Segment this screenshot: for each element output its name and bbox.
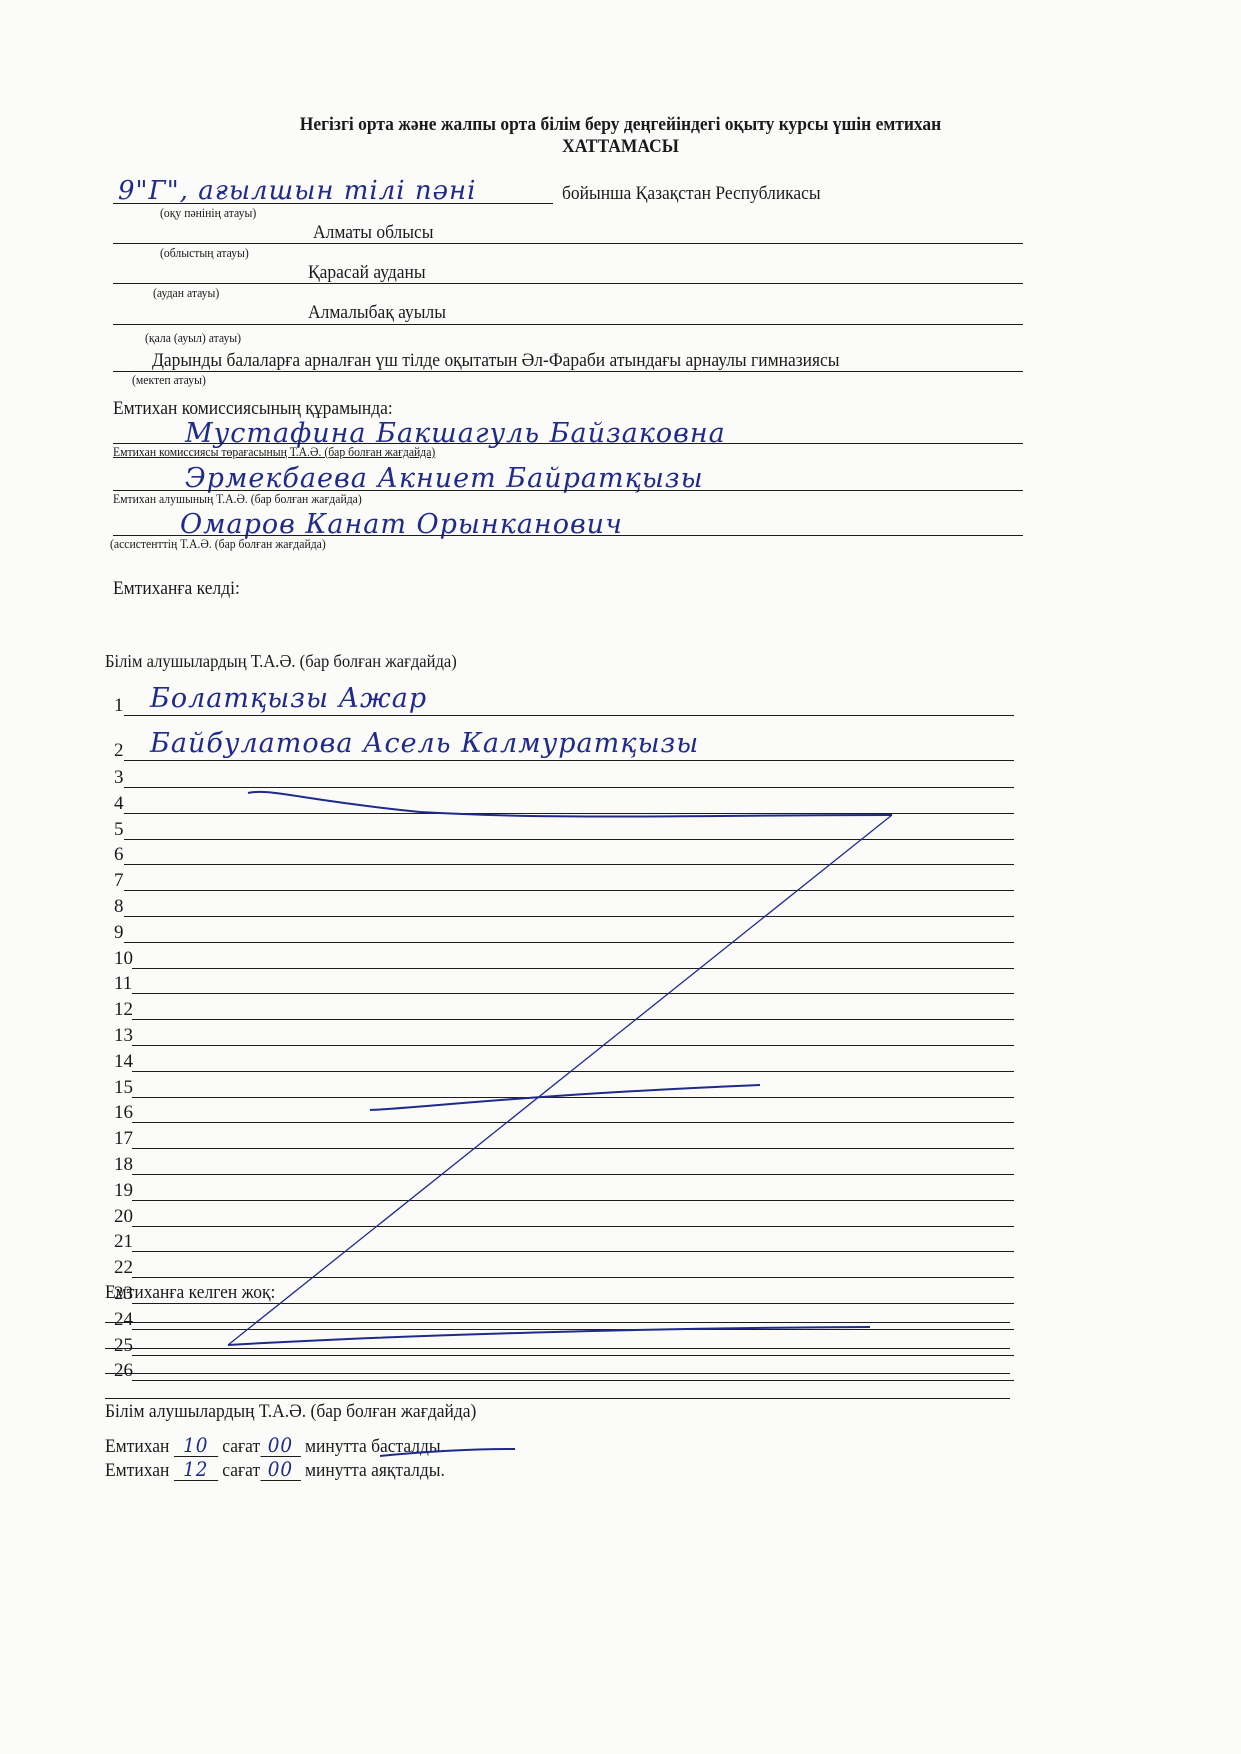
row-line [132, 1200, 1014, 1201]
row-number: 3 [114, 768, 124, 788]
region-line [113, 243, 1023, 244]
school-value[interactable]: Дарынды балаларға арналған үш тілде оқыт… [152, 350, 840, 372]
start-suffix: минутта басталды. [305, 1436, 445, 1457]
row-number: 7 [114, 871, 124, 891]
school-caption: (мектеп атауы) [132, 372, 206, 387]
district-caption: (аудан атауы) [153, 285, 219, 300]
row-line [132, 1019, 1014, 1020]
commission-heading: Емтихан комиссиясының құрамында: [113, 398, 393, 420]
row-number: 15 [114, 1078, 133, 1098]
subject-caption: (оқу пәнінің атауы) [160, 205, 256, 220]
row-number: 6 [114, 845, 124, 865]
start-time-row: Емтихан 10 сағат00 минутта басталды. [105, 1434, 445, 1458]
start-mid: сағат [222, 1436, 260, 1457]
subject-suffix: бойынша Қазақстан Республикасы [562, 183, 821, 205]
row-line [132, 1226, 1014, 1227]
assistant-caption: (ассистенттің Т.А.Ә. (бар болған жағдайд… [110, 536, 326, 551]
row-number: 2 [114, 741, 124, 761]
row-number: 12 [114, 1000, 133, 1020]
row-number: 21 [114, 1232, 133, 1252]
document-title-protocol: ХАТТАМАСЫ [50, 136, 1192, 158]
document-title: Негізгі орта және жалпы орта білім беру … [50, 114, 1192, 136]
row-line [132, 968, 1014, 969]
district-value[interactable]: Қарасай ауданы [308, 262, 426, 284]
row-line [132, 1380, 1014, 1381]
row-number: 5 [114, 820, 124, 840]
row-number: 17 [114, 1129, 133, 1149]
end-time-row: Емтихан 12 сағат00 минутта аяқталды. [105, 1458, 445, 1482]
school-line [113, 371, 1023, 372]
row-number: 26 [114, 1361, 133, 1381]
absent-line-1[interactable] [105, 1322, 1010, 1323]
row-line [124, 715, 1014, 716]
row-line [124, 839, 1014, 840]
row-number: 22 [114, 1258, 133, 1278]
district-line [113, 283, 1023, 284]
row-line [124, 942, 1014, 943]
strikeout-z-mark [0, 0, 1241, 1754]
row-number: 18 [114, 1155, 133, 1175]
absent-line-2[interactable] [105, 1348, 1010, 1349]
row-line [124, 813, 1014, 814]
examiner-caption: Емтихан алушының Т.А.Ә. (бар болған жағд… [113, 491, 362, 506]
row-number: 24 [114, 1310, 133, 1330]
locality-caption: (қала (ауыл) атауы) [145, 330, 241, 345]
region-caption: (облыстың атауы) [160, 245, 249, 260]
end-mid: сағат [222, 1460, 260, 1481]
end-suffix: минутта аяқталды. [305, 1460, 445, 1481]
row-line [132, 1148, 1014, 1149]
chair-caption: Емтихан комиссиясы төрағасының Т.А.Ә. (б… [113, 444, 435, 459]
row-number: 10 [114, 949, 133, 969]
row-number: 13 [114, 1026, 133, 1046]
row-line [132, 1174, 1014, 1175]
locality-value[interactable]: Алмалыбақ ауылы [308, 302, 446, 324]
row-number: 16 [114, 1103, 133, 1123]
row-number: 1 [114, 696, 124, 716]
row-number: 4 [114, 794, 124, 814]
row-number: 25 [114, 1336, 133, 1356]
start-prefix: Емтихан [105, 1436, 169, 1457]
row-line [132, 1277, 1014, 1278]
absent-line-3[interactable] [105, 1373, 1010, 1374]
row-line [132, 993, 1014, 994]
row-line [124, 916, 1014, 917]
row-line [132, 1097, 1014, 1098]
absent-caption: Білім алушылардың Т.А.Ә. (бар болған жағ… [105, 1401, 476, 1423]
locality-line [113, 324, 1023, 325]
end-hour[interactable]: 12 [174, 1458, 218, 1481]
attended-heading: Емтиханға келді: [113, 578, 240, 600]
end-minute[interactable]: 00 [260, 1458, 300, 1481]
row-number: 8 [114, 897, 124, 917]
row-number: 20 [114, 1207, 133, 1227]
row-line [132, 1122, 1014, 1123]
row-line [132, 1251, 1014, 1252]
end-prefix: Емтихан [105, 1460, 169, 1481]
row-number: 11 [114, 974, 132, 994]
attendee-name[interactable]: Байбулатова Асель Калмуратқызы [150, 728, 699, 759]
start-hour[interactable]: 10 [174, 1434, 218, 1457]
row-line [124, 890, 1014, 891]
subject-line [113, 203, 553, 204]
row-number: 14 [114, 1052, 133, 1072]
row-line [132, 1045, 1014, 1046]
row-line [132, 1355, 1014, 1356]
region-value[interactable]: Алматы облысы [313, 222, 434, 244]
row-line [124, 760, 1014, 761]
row-number: 9 [114, 923, 124, 943]
row-line [132, 1071, 1014, 1072]
exam-protocol-page: Негізгі орта және жалпы орта білім беру … [0, 0, 1241, 1754]
attendee-name[interactable]: Болатқызы Ажар [150, 683, 427, 714]
row-line [124, 864, 1014, 865]
row-number: 19 [114, 1181, 133, 1201]
absent-line-4[interactable] [105, 1398, 1010, 1399]
row-line [132, 1329, 1014, 1330]
attended-caption: Білім алушылардың Т.А.Ә. (бар болған жағ… [105, 650, 457, 672]
row-line [124, 787, 1014, 788]
subject-handwritten[interactable]: 9"Г", ағылшын тілі пәні [118, 176, 476, 206]
start-minute[interactable]: 00 [260, 1434, 300, 1457]
absent-heading: Емтиханға келген жоқ: [105, 1282, 275, 1304]
